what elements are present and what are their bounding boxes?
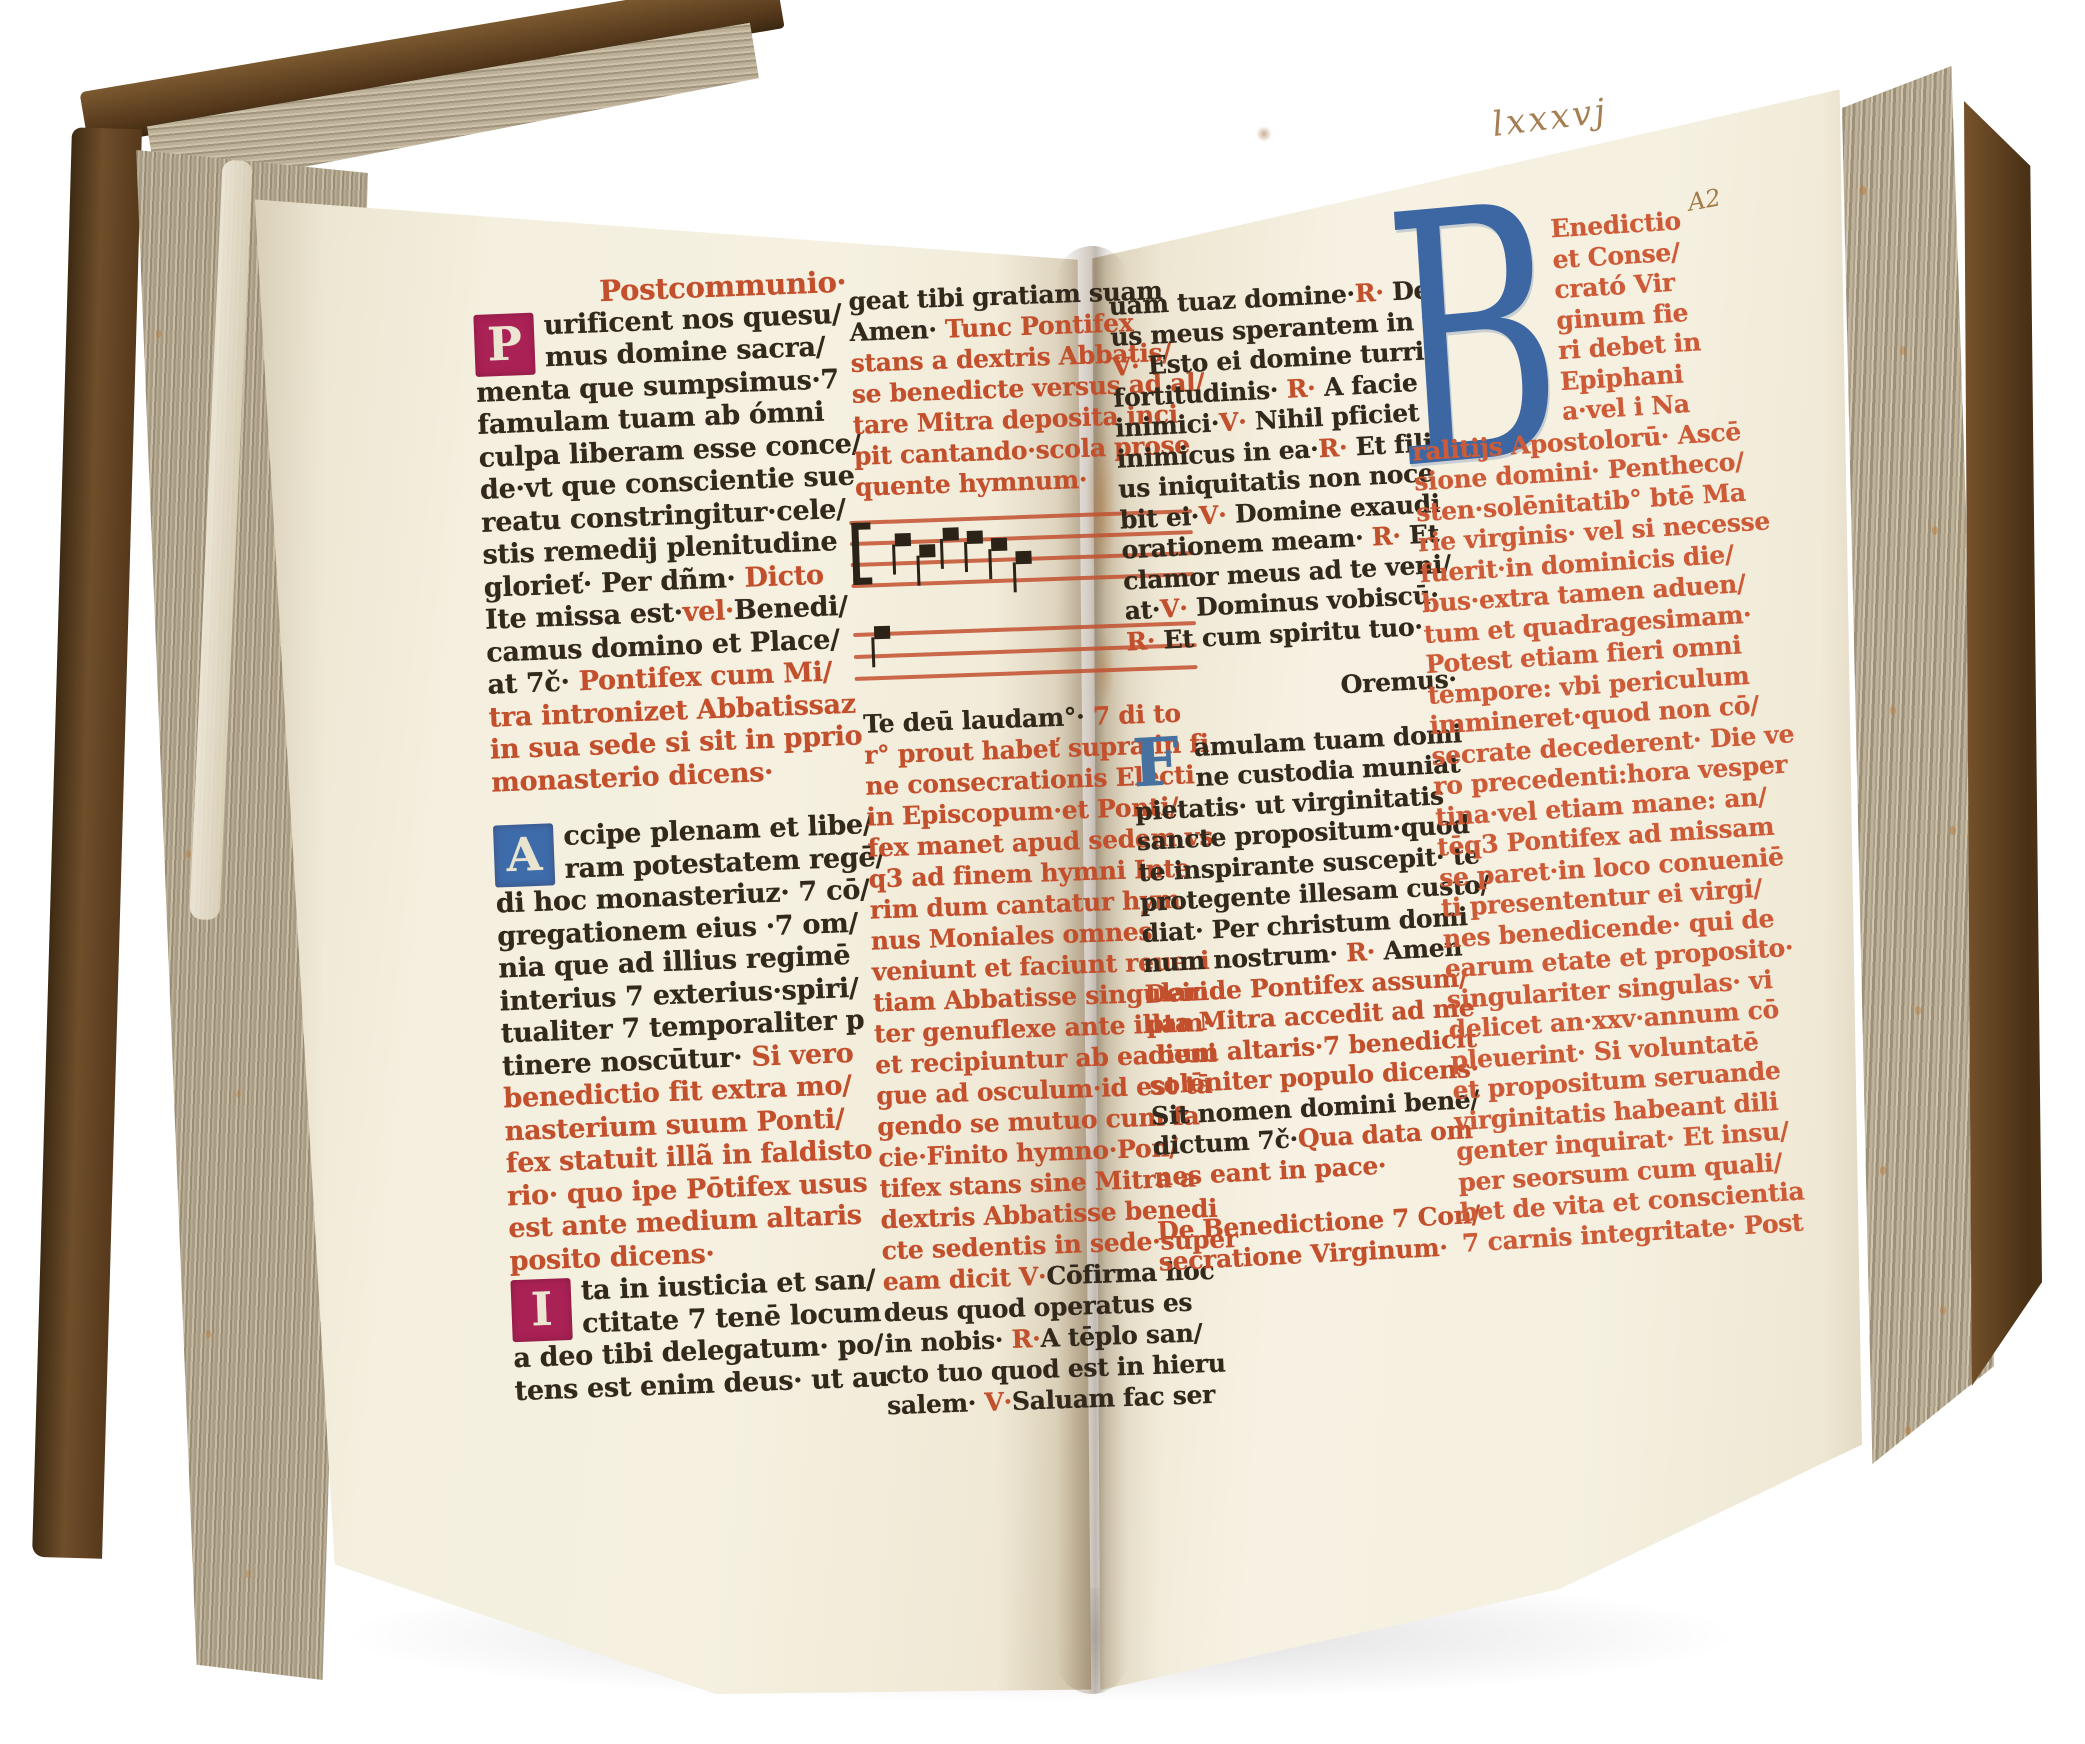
square-note xyxy=(1015,551,1031,565)
text-segment: R· xyxy=(1286,372,1325,403)
text-segment: quente hymnum· xyxy=(855,465,1088,502)
illuminated-initial-F: F xyxy=(1131,727,1192,796)
illuminated-initial-I: I xyxy=(510,1278,572,1342)
square-note xyxy=(894,533,910,547)
square-note xyxy=(991,538,1007,552)
text-segment: R· xyxy=(1318,432,1357,463)
right-page-column-2: B Enedictioet Conse/crató Virginum fieri… xyxy=(1398,203,1804,1259)
text-segment: V· xyxy=(1218,407,1255,438)
square-note xyxy=(874,626,890,640)
text-segment: Dicto xyxy=(744,559,824,593)
leather-cover-right xyxy=(1964,88,2042,1386)
clef-icon xyxy=(851,522,872,585)
text-segment: bit ei· xyxy=(1119,501,1200,534)
text-segment: salem· xyxy=(887,1388,985,1420)
square-note xyxy=(919,544,935,558)
text-segment: V· xyxy=(1111,351,1148,382)
text-segment: V· xyxy=(1159,593,1196,624)
square-note xyxy=(942,527,958,541)
folio-number-annotation: lxxxvj xyxy=(1490,91,1610,145)
text-segment: R· xyxy=(1345,937,1384,968)
text-segment: Saluam fac ser xyxy=(1011,1380,1215,1416)
text-segment: V· xyxy=(984,1387,1013,1417)
text-segment: vel· xyxy=(682,595,734,628)
leather-cover-left xyxy=(32,127,142,1558)
text-segment: eam dicit V· xyxy=(882,1262,1047,1297)
text-segment: at 7č· xyxy=(487,666,579,700)
text-segment: R· xyxy=(1011,1324,1041,1354)
text-segment: Amen· xyxy=(849,315,946,347)
left-page-column-1: Postcommunio·Purificent nos quesu/mus do… xyxy=(472,265,893,1408)
text-segment: inimici· xyxy=(1114,408,1220,442)
illuminated-initial-P: P xyxy=(473,312,535,376)
illuminated-initial-A: A xyxy=(493,823,555,887)
text-segment: at· xyxy=(1124,595,1161,626)
text-segment: Benedi/ xyxy=(733,591,848,626)
corner-ink-mark: A2 xyxy=(1686,183,1723,216)
text-segment: Si vero xyxy=(751,1037,854,1072)
text-segment: V· xyxy=(1198,499,1235,530)
text-segment: A tēplo san/ xyxy=(1040,1318,1203,1353)
text-segment: R· xyxy=(1126,625,1165,656)
square-note xyxy=(966,530,982,544)
text-line: Oremus· xyxy=(1128,664,1461,712)
text-segment: in nobis· xyxy=(884,1325,1012,1358)
page-stain xyxy=(1256,126,1272,142)
